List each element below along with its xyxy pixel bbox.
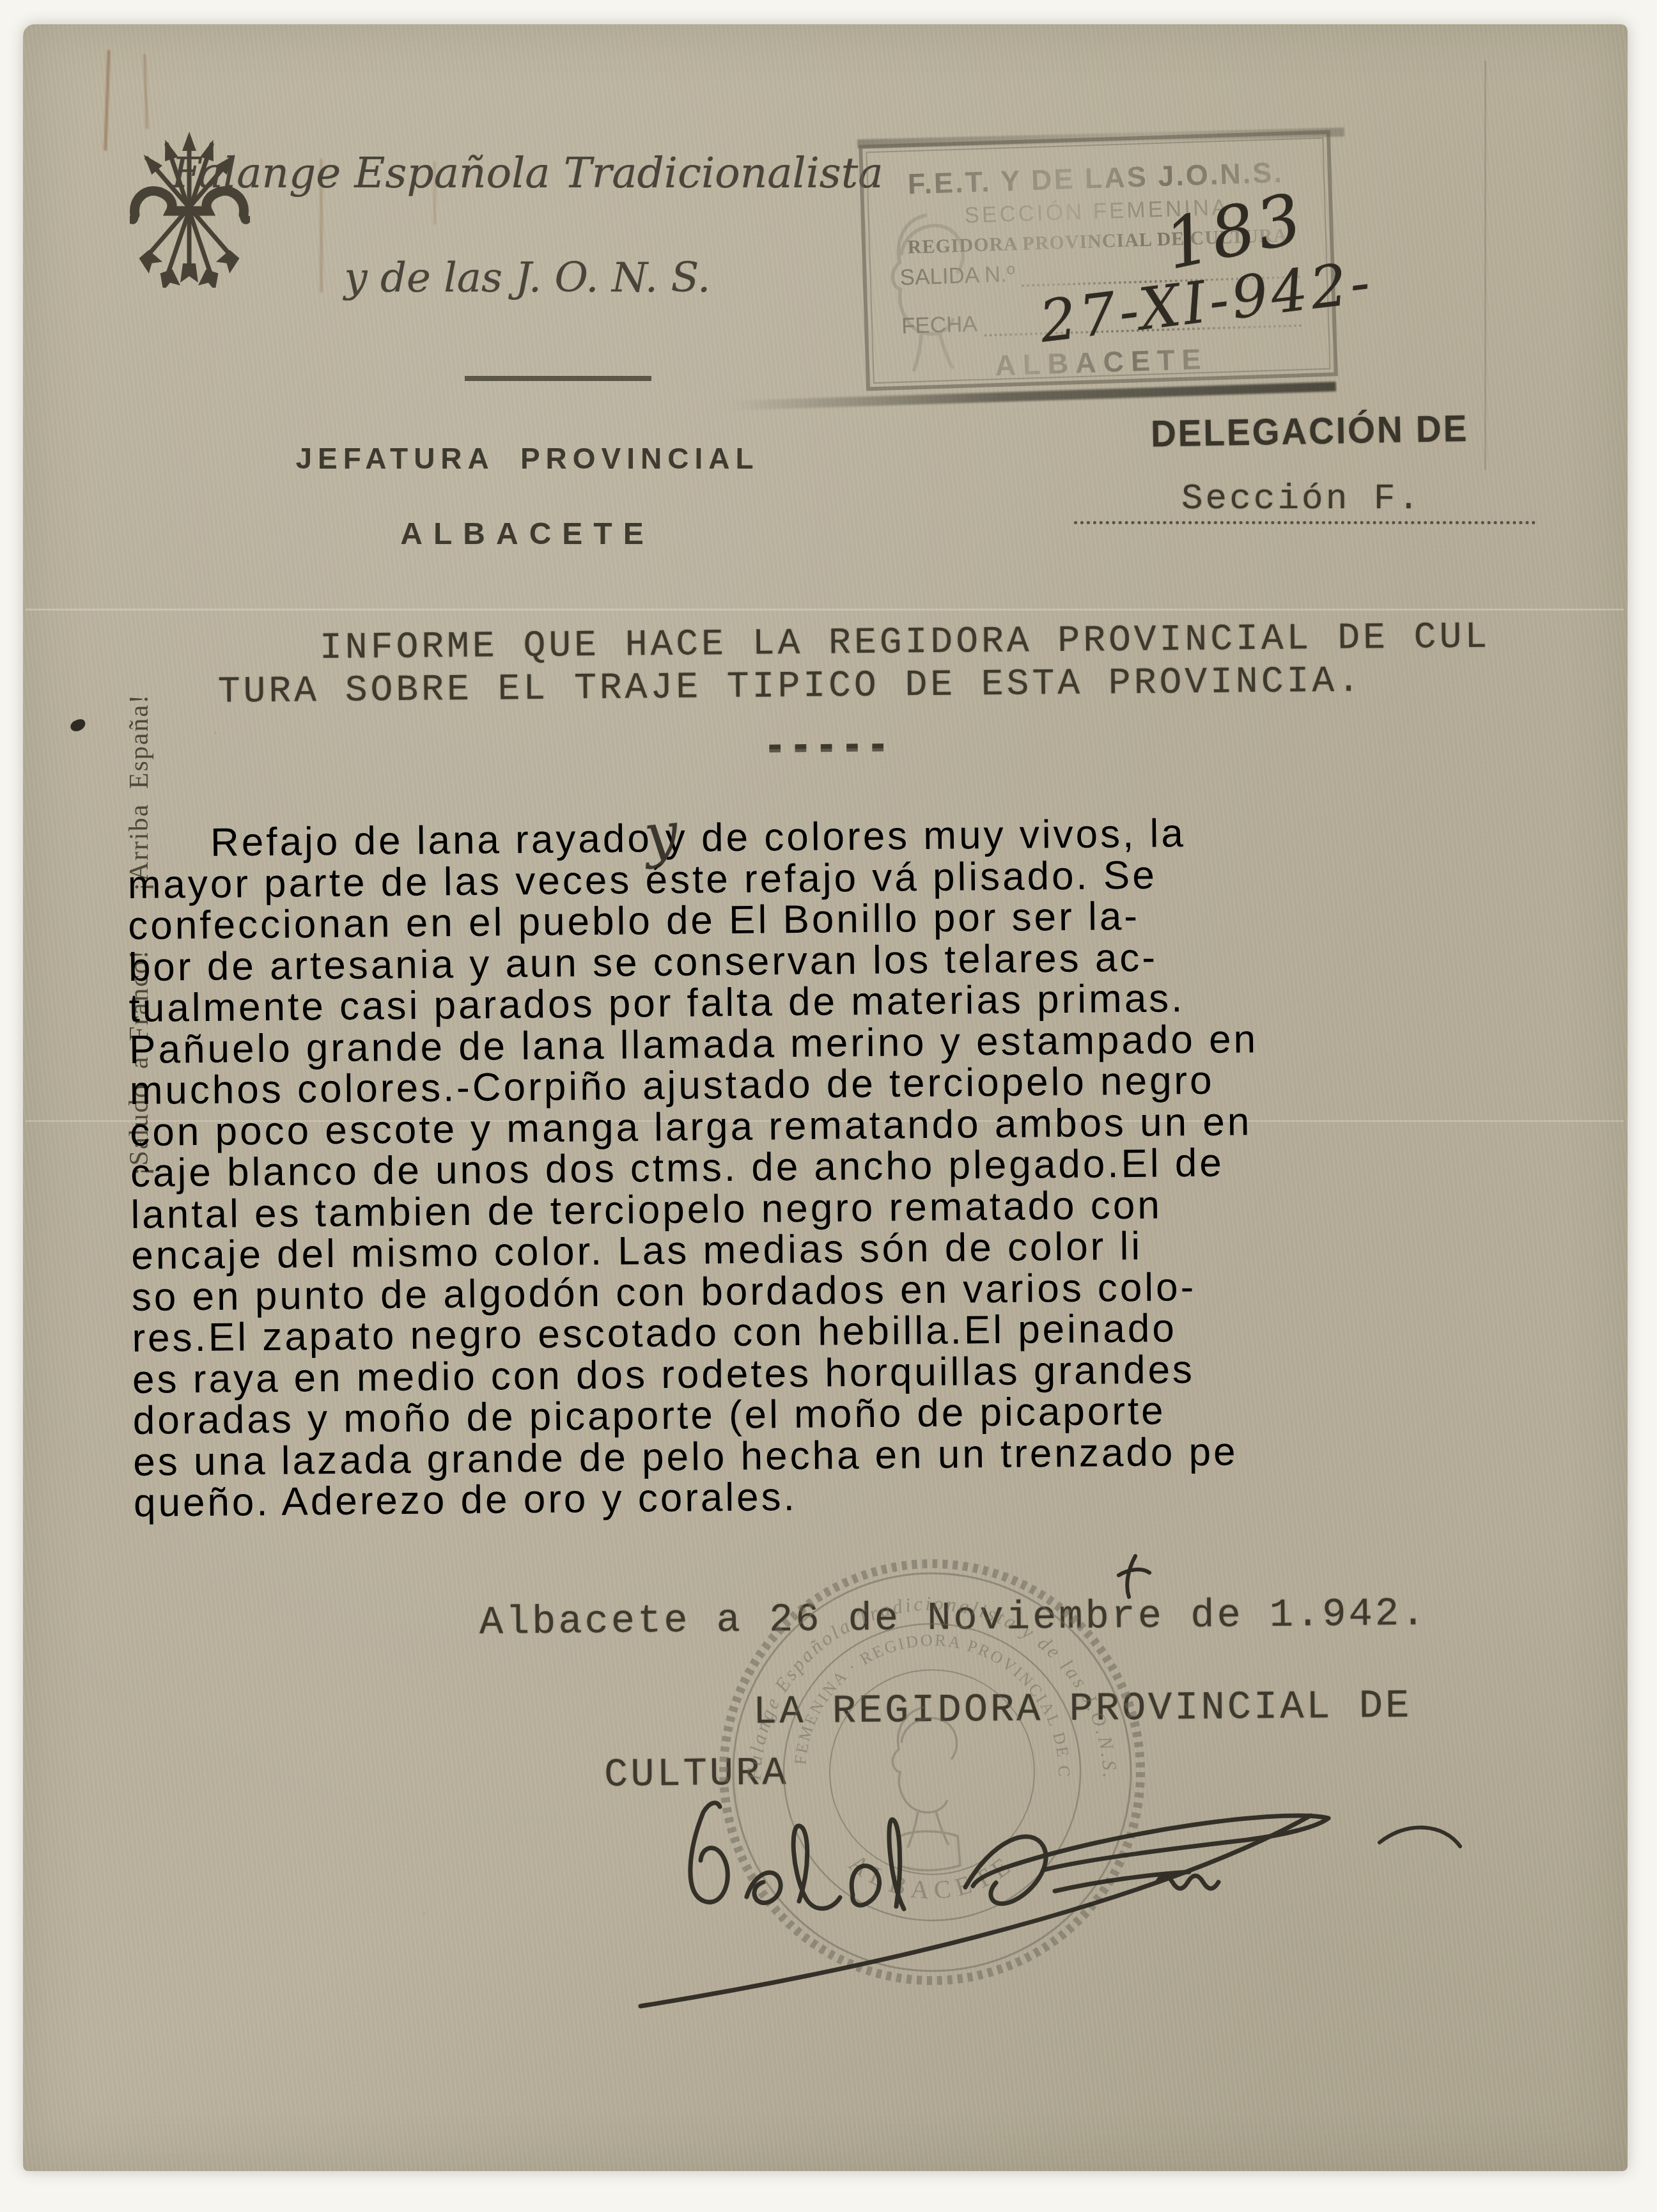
- scanned-document: Falange Española Tradicionalista y de la…: [0, 0, 1657, 2212]
- handwritten-correction: y: [641, 799, 681, 871]
- signature-isabel: [607, 1752, 1502, 2027]
- report-body: Refajo de lana rayado y de colores muy v…: [127, 813, 1263, 1524]
- title-separator: -----: [763, 723, 892, 770]
- body-line: queño. Aderezo de oro y corales.: [134, 1472, 1263, 1524]
